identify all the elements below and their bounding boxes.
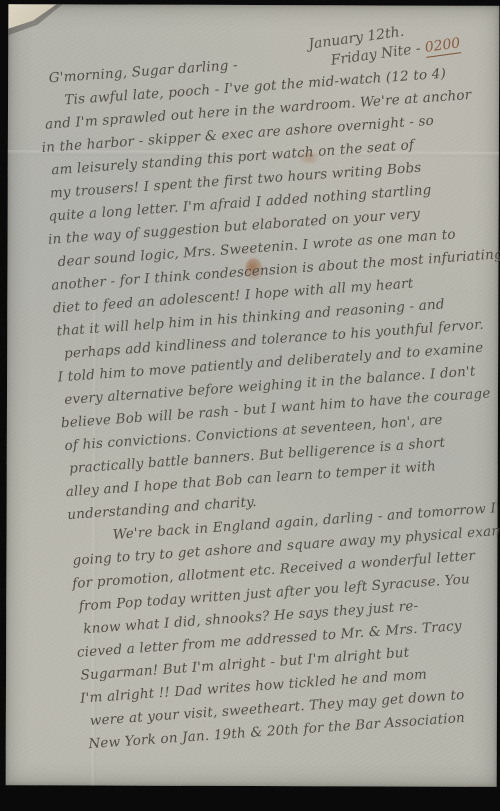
letter-paper: January 12th. Friday Nite - 0200 G'morni… bbox=[6, 4, 500, 787]
letter-body: G'morning, Sugar darling - Tis awful lat… bbox=[36, 36, 500, 757]
